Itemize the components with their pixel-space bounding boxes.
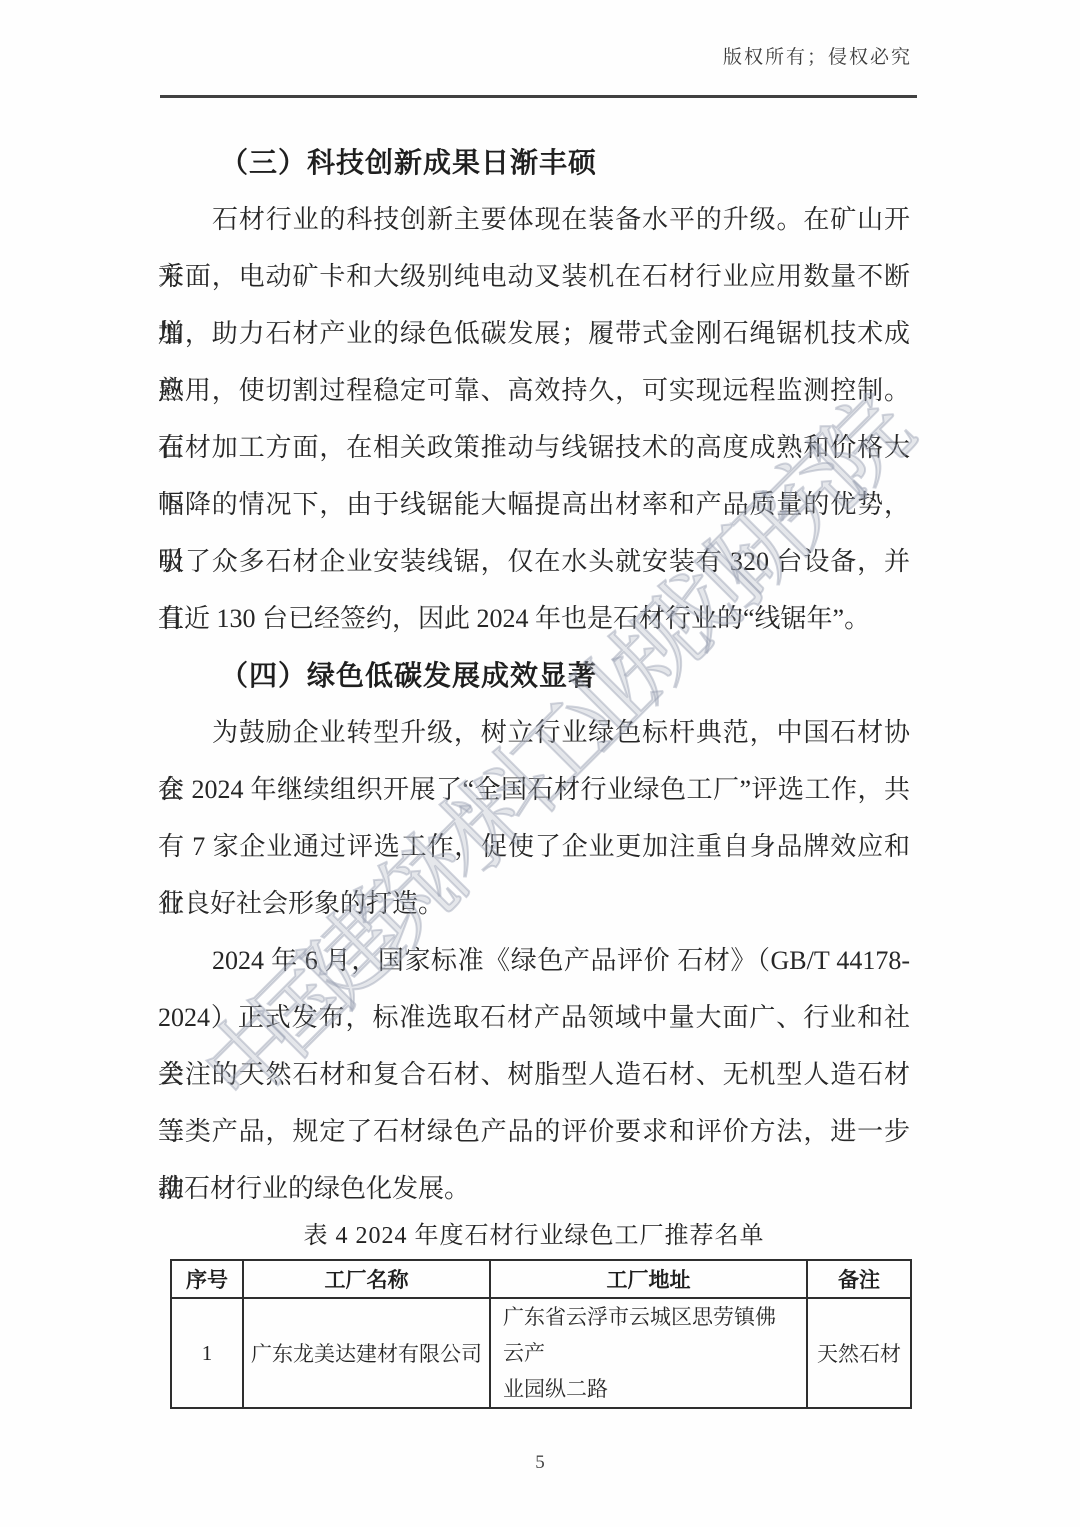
header-divider-line <box>160 95 917 98</box>
body-line: 引了众多石材企业安装线锯，仅在水头就安装有 320 台设备，并且 <box>158 533 910 590</box>
column-header-remark: 备注 <box>807 1260 911 1298</box>
body-line: 关注的天然石材和复合石材、树脂型人造石材、无机型人造石材等 <box>158 1046 910 1103</box>
table-caption: 表 4 2024 年度石材行业绿色工厂推荐名单 <box>158 1217 910 1257</box>
body-line: 加，助力石材产业的绿色低碳发展；履带式金刚石绳锯机技术成熟 <box>158 305 910 362</box>
column-header-factory-name: 工厂名称 <box>243 1260 490 1298</box>
column-header-factory-address: 工厂地址 <box>490 1260 807 1298</box>
body-line: 2024 年 6 月，国家标准《绿色产品评价 石材》（GB/T 44178- <box>158 932 910 989</box>
page-number: 5 <box>0 1452 1080 1474</box>
cell-no: 1 <box>171 1298 243 1408</box>
body-line: 有 7 家企业通过评选工作，促使了企业更加注重自身品牌效应和行 <box>158 818 910 875</box>
body-line: 石材行业的科技创新主要体现在装备水平的升级。在矿山开采 <box>158 191 910 248</box>
body-line: 业良好社会形象的打造。 <box>158 875 910 932</box>
document-page: 版权所有；侵权必究 中国建筑材料工业规划研究院 （三）科技创新成果日渐丰硕 石材… <box>0 0 1080 1527</box>
table-row: 1 广东龙美达建材有限公司 广东省云浮市云城区思劳镇佛云产 业园纵二路 天然石材 <box>171 1298 911 1408</box>
green-factory-table: 序号 工厂名称 工厂地址 备注 1 广东龙美达建材有限公司 广东省云浮市云城区思… <box>170 1259 912 1409</box>
cell-factory-name: 广东龙美达建材有限公司 <box>243 1298 490 1408</box>
body-line: 三类产品，规定了石材绿色产品的评价要求和评价方法，进一步推 <box>158 1103 910 1160</box>
column-header-no: 序号 <box>171 1260 243 1298</box>
body-line: 应用，使切割过程稳定可靠、高效持久，可实现远程监测控制。在 <box>158 362 910 419</box>
body-line: 石材加工方面，在相关政策推动与线锯技术的高度成熟和价格大幅 <box>158 419 910 476</box>
section-heading-3: （三）科技创新成果日渐丰硕 <box>158 134 910 191</box>
body-line: 为鼓励企业转型升级，树立行业绿色标杆典范，中国石材协会 <box>158 704 910 761</box>
cell-remark: 天然石材 <box>807 1298 911 1408</box>
header-copyright-text: 版权所有；侵权必究 <box>723 42 912 69</box>
page-body: （三）科技创新成果日渐丰硕 石材行业的科技创新主要体现在装备水平的升级。在矿山开… <box>158 134 910 1409</box>
body-line: 方面，电动矿卡和大级别纯电动叉装机在石材行业应用数量不断增 <box>158 248 910 305</box>
body-line: 下降的情况下，由于线锯能大幅提高出材率和产品质量的优势，吸 <box>158 476 910 533</box>
cell-factory-address: 广东省云浮市云城区思劳镇佛云产 业园纵二路 <box>490 1298 807 1408</box>
body-line: 2024）正式发布，标准选取石材产品领域中量大面广、行业和社会 <box>158 989 910 1046</box>
table-header-row: 序号 工厂名称 工厂地址 备注 <box>171 1260 911 1298</box>
body-line: 有近 130 台已经签约，因此 2024 年也是石材行业的“线锯年”。 <box>158 590 910 647</box>
section-heading-4: （四）绿色低碳发展成效显著 <box>158 647 910 704</box>
body-line: 在 2024 年继续组织开展了“全国石材行业绿色工厂”评选工作，共 <box>158 761 910 818</box>
body-line: 动石材行业的绿色化发展。 <box>158 1160 910 1217</box>
